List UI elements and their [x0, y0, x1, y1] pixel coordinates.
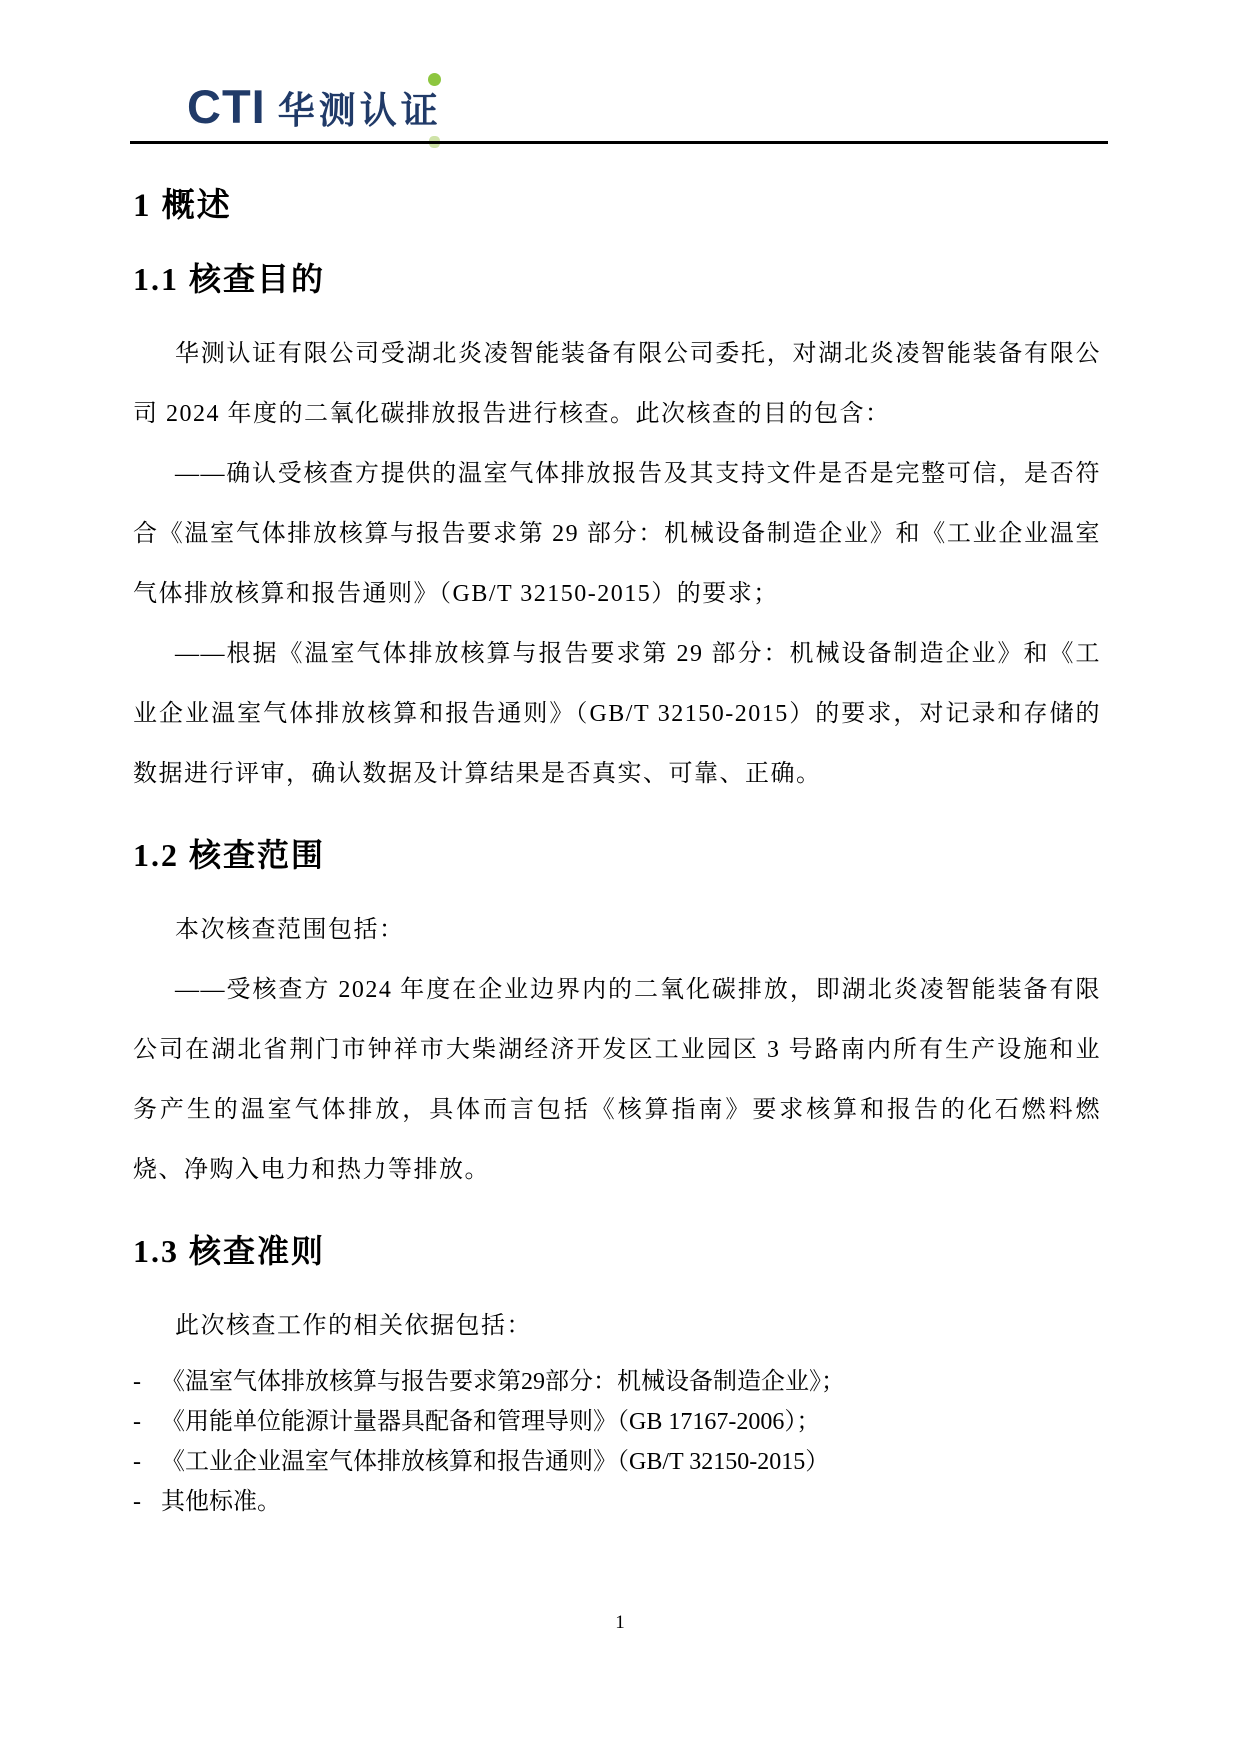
- page-number: 1: [0, 1610, 1240, 1636]
- paragraph: 本次核查范围包括：: [133, 900, 1101, 960]
- header-rule: [130, 141, 1108, 144]
- list-item-text: 《工业企业温室气体排放核算和报告通则》（GB/T 32150-2015）: [161, 1442, 1101, 1482]
- criteria-list: - 《温室气体排放核算与报告要求第29部分：机械设备制造企业》； - 《用能单位…: [133, 1362, 1101, 1522]
- list-item: - 《温室气体排放核算与报告要求第29部分：机械设备制造企业》；: [133, 1362, 1101, 1402]
- logo-brand-name: 华测认证: [278, 80, 442, 134]
- logo-green-dot-icon: [428, 73, 441, 86]
- paragraph: ——受核查方 2024 年度在企业边界内的二氧化碳排放，即湖北炎凌智能装备有限公…: [133, 960, 1101, 1200]
- list-item: - 其他标准。: [133, 1482, 1101, 1522]
- paragraph: 此次核查工作的相关依据包括：: [133, 1296, 1101, 1356]
- paragraph: ——根据《温室气体排放核算与报告要求第 29 部分：机械设备制造企业》和《工业企…: [133, 624, 1101, 804]
- list-item: - 《用能单位能源计量器具配备和管理导则》（GB 17167-2006）；: [133, 1402, 1101, 1442]
- section-heading-1-1: 1.1 核查目的: [133, 258, 1101, 300]
- section-heading-1-3: 1.3 核查准则: [133, 1230, 1101, 1272]
- cti-logo: CTI 华测认证: [187, 80, 442, 134]
- list-marker: -: [133, 1362, 161, 1402]
- document-body: 1 概述 1.1 核查目的 华测认证有限公司受湖北炎凌智能装备有限公司委托，对湖…: [133, 170, 1101, 1522]
- paragraph: 华测认证有限公司受湖北炎凌智能装备有限公司委托，对湖北炎凌智能装备有限公司 20…: [133, 324, 1101, 444]
- list-marker: -: [133, 1482, 161, 1522]
- paragraph: ——确认受核查方提供的温室气体排放报告及其支持文件是否是完整可信，是否符合《温室…: [133, 444, 1101, 624]
- page-title: 1 概述: [133, 184, 1101, 228]
- list-marker: -: [133, 1402, 161, 1442]
- section-heading-1-2: 1.2 核查范围: [133, 834, 1101, 876]
- list-item: - 《工业企业温室气体排放核算和报告通则》（GB/T 32150-2015）: [133, 1442, 1101, 1482]
- logo-acronym: CTI: [187, 82, 266, 132]
- list-item-text: 《用能单位能源计量器具配备和管理导则》（GB 17167-2006）；: [161, 1402, 1101, 1442]
- list-marker: -: [133, 1442, 161, 1482]
- document-page: CTI 华测认证 1 概述 1.1 核查目的 华测认证有限公司受湖北炎凌智能装备…: [0, 0, 1240, 1754]
- list-item-text: 其他标准。: [161, 1482, 1101, 1522]
- list-item-text: 《温室气体排放核算与报告要求第29部分：机械设备制造企业》；: [161, 1362, 1101, 1402]
